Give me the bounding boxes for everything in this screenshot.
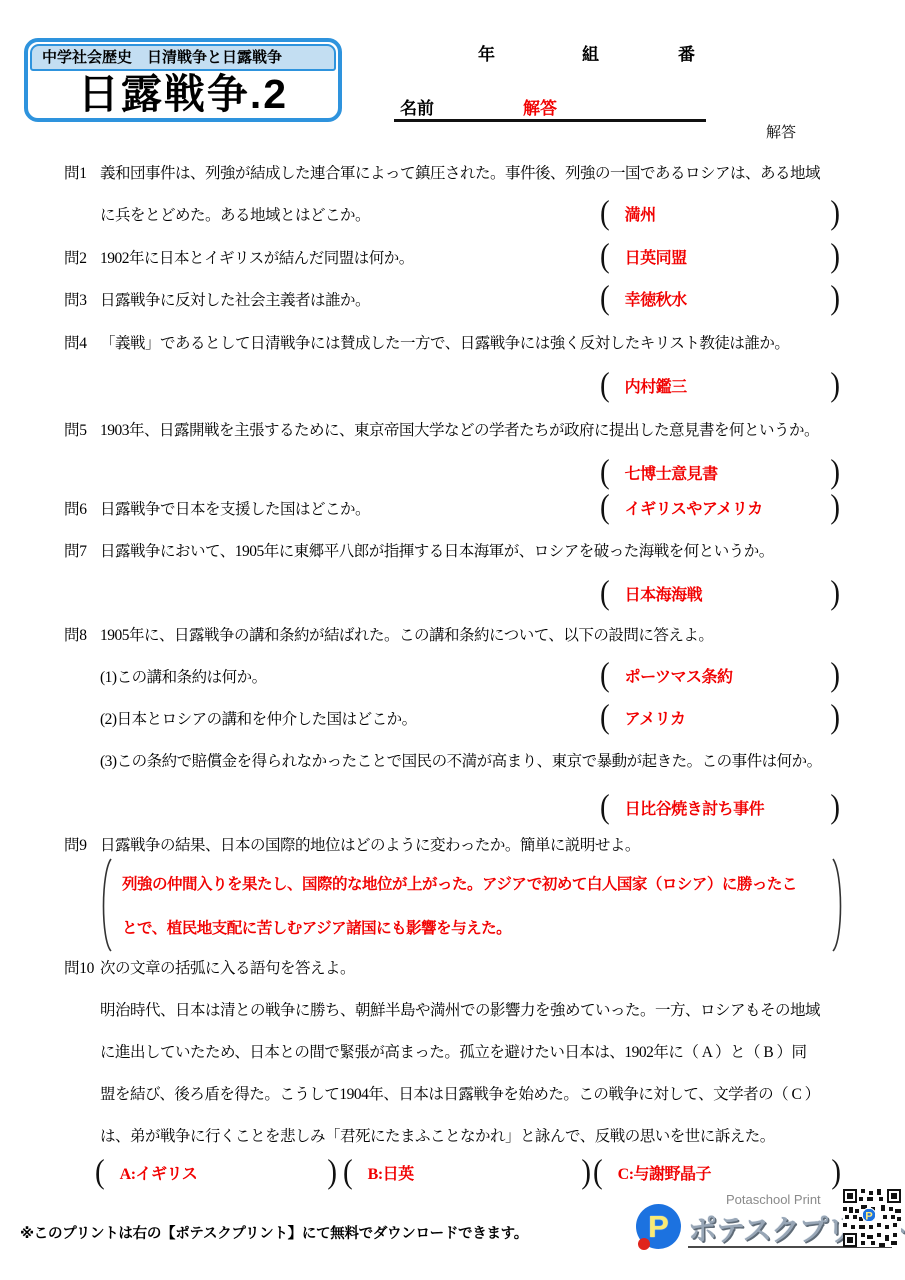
q8-sub3-answer-slot: ( 日比谷焼き討ち事件 ) <box>600 790 840 824</box>
q4-answer-slot: ( 内村鑑三 ) <box>600 368 840 402</box>
name-label: 名前 <box>400 94 434 119</box>
close-paren: ) <box>327 1152 337 1192</box>
q5-label: 問5 <box>64 418 87 440</box>
q1-line2: に兵をとどめた。ある地域とはどこか。 <box>100 203 370 225</box>
q5-line1: 1903年、日露開戦を主張するために、東京帝国大学などの学者たちが政府に提出した… <box>100 418 819 440</box>
q4-line1: 「義戦」であるとして日清戦争には賛成した一方で、日露戦争には強く反対したキリスト… <box>100 331 789 353</box>
name-value: 解答 <box>523 94 557 119</box>
course-label: 中学社会歴史 日清戦争と日露戦争 <box>30 44 336 71</box>
open-paren: ( <box>600 487 610 527</box>
q8-sub1-answer: ポーツマス条約 <box>625 664 831 687</box>
potaschool-logo: P Potaschool Print ポテスクプリント <box>634 1188 904 1263</box>
q10-passage-line1: 明治時代、日本は清との戦争に勝ち、朝鮮半島や満州での影響力を強めていった。一方、… <box>100 998 820 1020</box>
number-label: 番 <box>678 40 695 65</box>
q6-line1: 日露戦争で日本を支援した国はどこか。 <box>100 497 370 519</box>
q10-passage-line2: に進出していたため、日本との間で緊張が高まった。孤立を避けたい日本は、1902年… <box>100 1040 807 1062</box>
download-note: ※このプリントは右の【ポテスクプリント】にて無料でダウンロードできます。 <box>20 1222 528 1243</box>
class-label: 組 <box>582 40 599 65</box>
q5-answer-slot: ( 七博士意見書 ) <box>600 455 840 489</box>
q8-sub1-answer-slot: ( ポーツマス条約 ) <box>600 658 840 692</box>
q6-label: 問6 <box>64 497 87 519</box>
q10-answer-b-slot: ( B:日英 ) <box>343 1155 591 1189</box>
logo-red-dot <box>638 1238 650 1250</box>
open-paren: ( <box>600 193 610 233</box>
q8-sub2-answer-slot: ( アメリカ ) <box>600 700 840 734</box>
q9-bracket-left <box>96 856 114 954</box>
open-paren: ( <box>600 365 610 405</box>
q9-bracket-right <box>830 856 848 954</box>
close-paren: ) <box>581 1152 591 1192</box>
q9-line1: 日露戦争の結果、日本の国際的地位はどのように変わったか。簡単に説明せよ。 <box>100 833 640 855</box>
close-paren: ) <box>830 655 840 695</box>
year-label: 年 <box>478 40 495 65</box>
q10-label: 問10 <box>64 956 94 978</box>
q1-answer-slot: ( 満州 ) <box>600 196 840 230</box>
q7-answer-slot: ( 日本海海戦 ) <box>600 576 840 610</box>
q7-line1: 日露戦争において、1905年に東郷平八郎が指揮する日本海軍が、ロシアを破った海戦… <box>100 539 774 561</box>
q2-label: 問2 <box>64 246 87 268</box>
q3-answer-slot: ( 幸徳秋水 ) <box>600 281 840 315</box>
q7-label: 問7 <box>64 539 87 561</box>
q10-answer-a: A:イギリス <box>120 1161 328 1184</box>
q8-label: 問8 <box>64 623 87 645</box>
q3-answer: 幸徳秋水 <box>625 287 831 310</box>
answer-key-label: 解答 <box>766 121 796 142</box>
open-paren: ( <box>600 573 610 613</box>
q1-label: 問1 <box>64 161 87 183</box>
close-paren: ) <box>830 365 840 405</box>
close-paren: ) <box>830 193 840 233</box>
q2-answer: 日英同盟 <box>625 245 831 268</box>
close-paren: ) <box>830 236 840 276</box>
svg-text:P: P <box>865 1210 873 1222</box>
q3-label: 問3 <box>64 288 87 310</box>
q8-sub2-answer: アメリカ <box>625 706 831 729</box>
q10-passage-line3: 盟を結び、後ろ盾を得た。こうして1904年、日本は日露戦争を始めた。この戦争に対… <box>100 1082 820 1104</box>
q2-line1: 1902年に日本とイギリスが結んだ同盟は何か。 <box>100 246 414 268</box>
close-paren: ) <box>830 787 840 827</box>
open-paren: ( <box>600 655 610 695</box>
close-paren: ) <box>831 1152 841 1192</box>
q7-answer: 日本海海戦 <box>625 582 831 605</box>
q1-line1: 義和団事件は、列強が結成した連合軍によって鎮圧された。事件後、列強の一国であるロ… <box>100 161 820 183</box>
q5-answer: 七博士意見書 <box>625 461 831 484</box>
q10-answer-a-slot: ( A:イギリス ) <box>95 1155 337 1189</box>
q9-answer-line2: とで、植民地支配に苦しむアジア諸国にも影響を与えた。 <box>122 916 511 938</box>
open-paren: ( <box>95 1152 105 1192</box>
q10-answer-c: C:与謝野晶子 <box>618 1161 832 1184</box>
open-paren: ( <box>600 787 610 827</box>
q8-sub3-answer: 日比谷焼き討ち事件 <box>625 796 831 819</box>
logo-p-letter: P <box>648 1211 669 1242</box>
close-paren: ) <box>830 573 840 613</box>
qr-code: P <box>843 1189 901 1247</box>
open-paren: ( <box>600 278 610 318</box>
q10-answer-c-slot: ( C:与謝野晶子 ) <box>593 1155 841 1189</box>
open-paren: ( <box>600 236 610 276</box>
open-paren: ( <box>593 1152 603 1192</box>
close-paren: ) <box>830 487 840 527</box>
q6-answer: イギリスやアメリカ <box>625 496 831 519</box>
q10-passage-line4: は、弟が戦争に行くことを悲しみ「君死にたまふことなかれ」と詠んで、反戦の思いを世… <box>100 1124 775 1146</box>
q1-answer: 満州 <box>625 202 831 225</box>
q8-sub1-text: (1)この講和条約は何か。 <box>100 665 267 687</box>
q9-answer-line1: 列強の仲間入りを果たし、国際的な地位が上がった。アジアで初めて白人国家（ロシア）… <box>122 872 797 894</box>
q3-line1: 日露戦争に反対した社会主義者は誰か。 <box>100 288 370 310</box>
q6-answer-slot: ( イギリスやアメリカ ) <box>600 490 840 524</box>
q9-label: 問9 <box>64 833 87 855</box>
q8-sub3-text: (3)この条約で賠償金を得られなかったことで国民の不満が高まり、東京で暴動が起き… <box>100 749 822 771</box>
close-paren: ) <box>830 697 840 737</box>
q8-sub2-text: (2)日本とロシアの講和を仲介した国はどこか。 <box>100 707 417 729</box>
page-title: 日露戦争.2 <box>28 71 338 118</box>
open-paren: ( <box>600 697 610 737</box>
q4-answer: 内村鑑三 <box>625 374 831 397</box>
name-underline <box>394 119 706 122</box>
q10-line1: 次の文章の括弧に入る語句を答えよ。 <box>100 956 355 978</box>
logo-en-text: Potaschool Print <box>726 1192 821 1207</box>
q4-label: 問4 <box>64 331 87 353</box>
q8-line1: 1905年に、日露戦争の講和条約が結ばれた。この講和条約について、以下の設問に答… <box>100 623 713 645</box>
q2-answer-slot: ( 日英同盟 ) <box>600 239 840 273</box>
open-paren: ( <box>343 1152 353 1192</box>
worksheet-page: 中学社会歴史 日清戦争と日露戦争 日露戦争.2 年 組 番 名前 解答 解答 問… <box>0 0 905 1280</box>
close-paren: ) <box>830 278 840 318</box>
q10-answer-b: B:日英 <box>368 1161 582 1184</box>
title-box: 中学社会歴史 日清戦争と日露戦争 日露戦争.2 <box>24 38 342 122</box>
